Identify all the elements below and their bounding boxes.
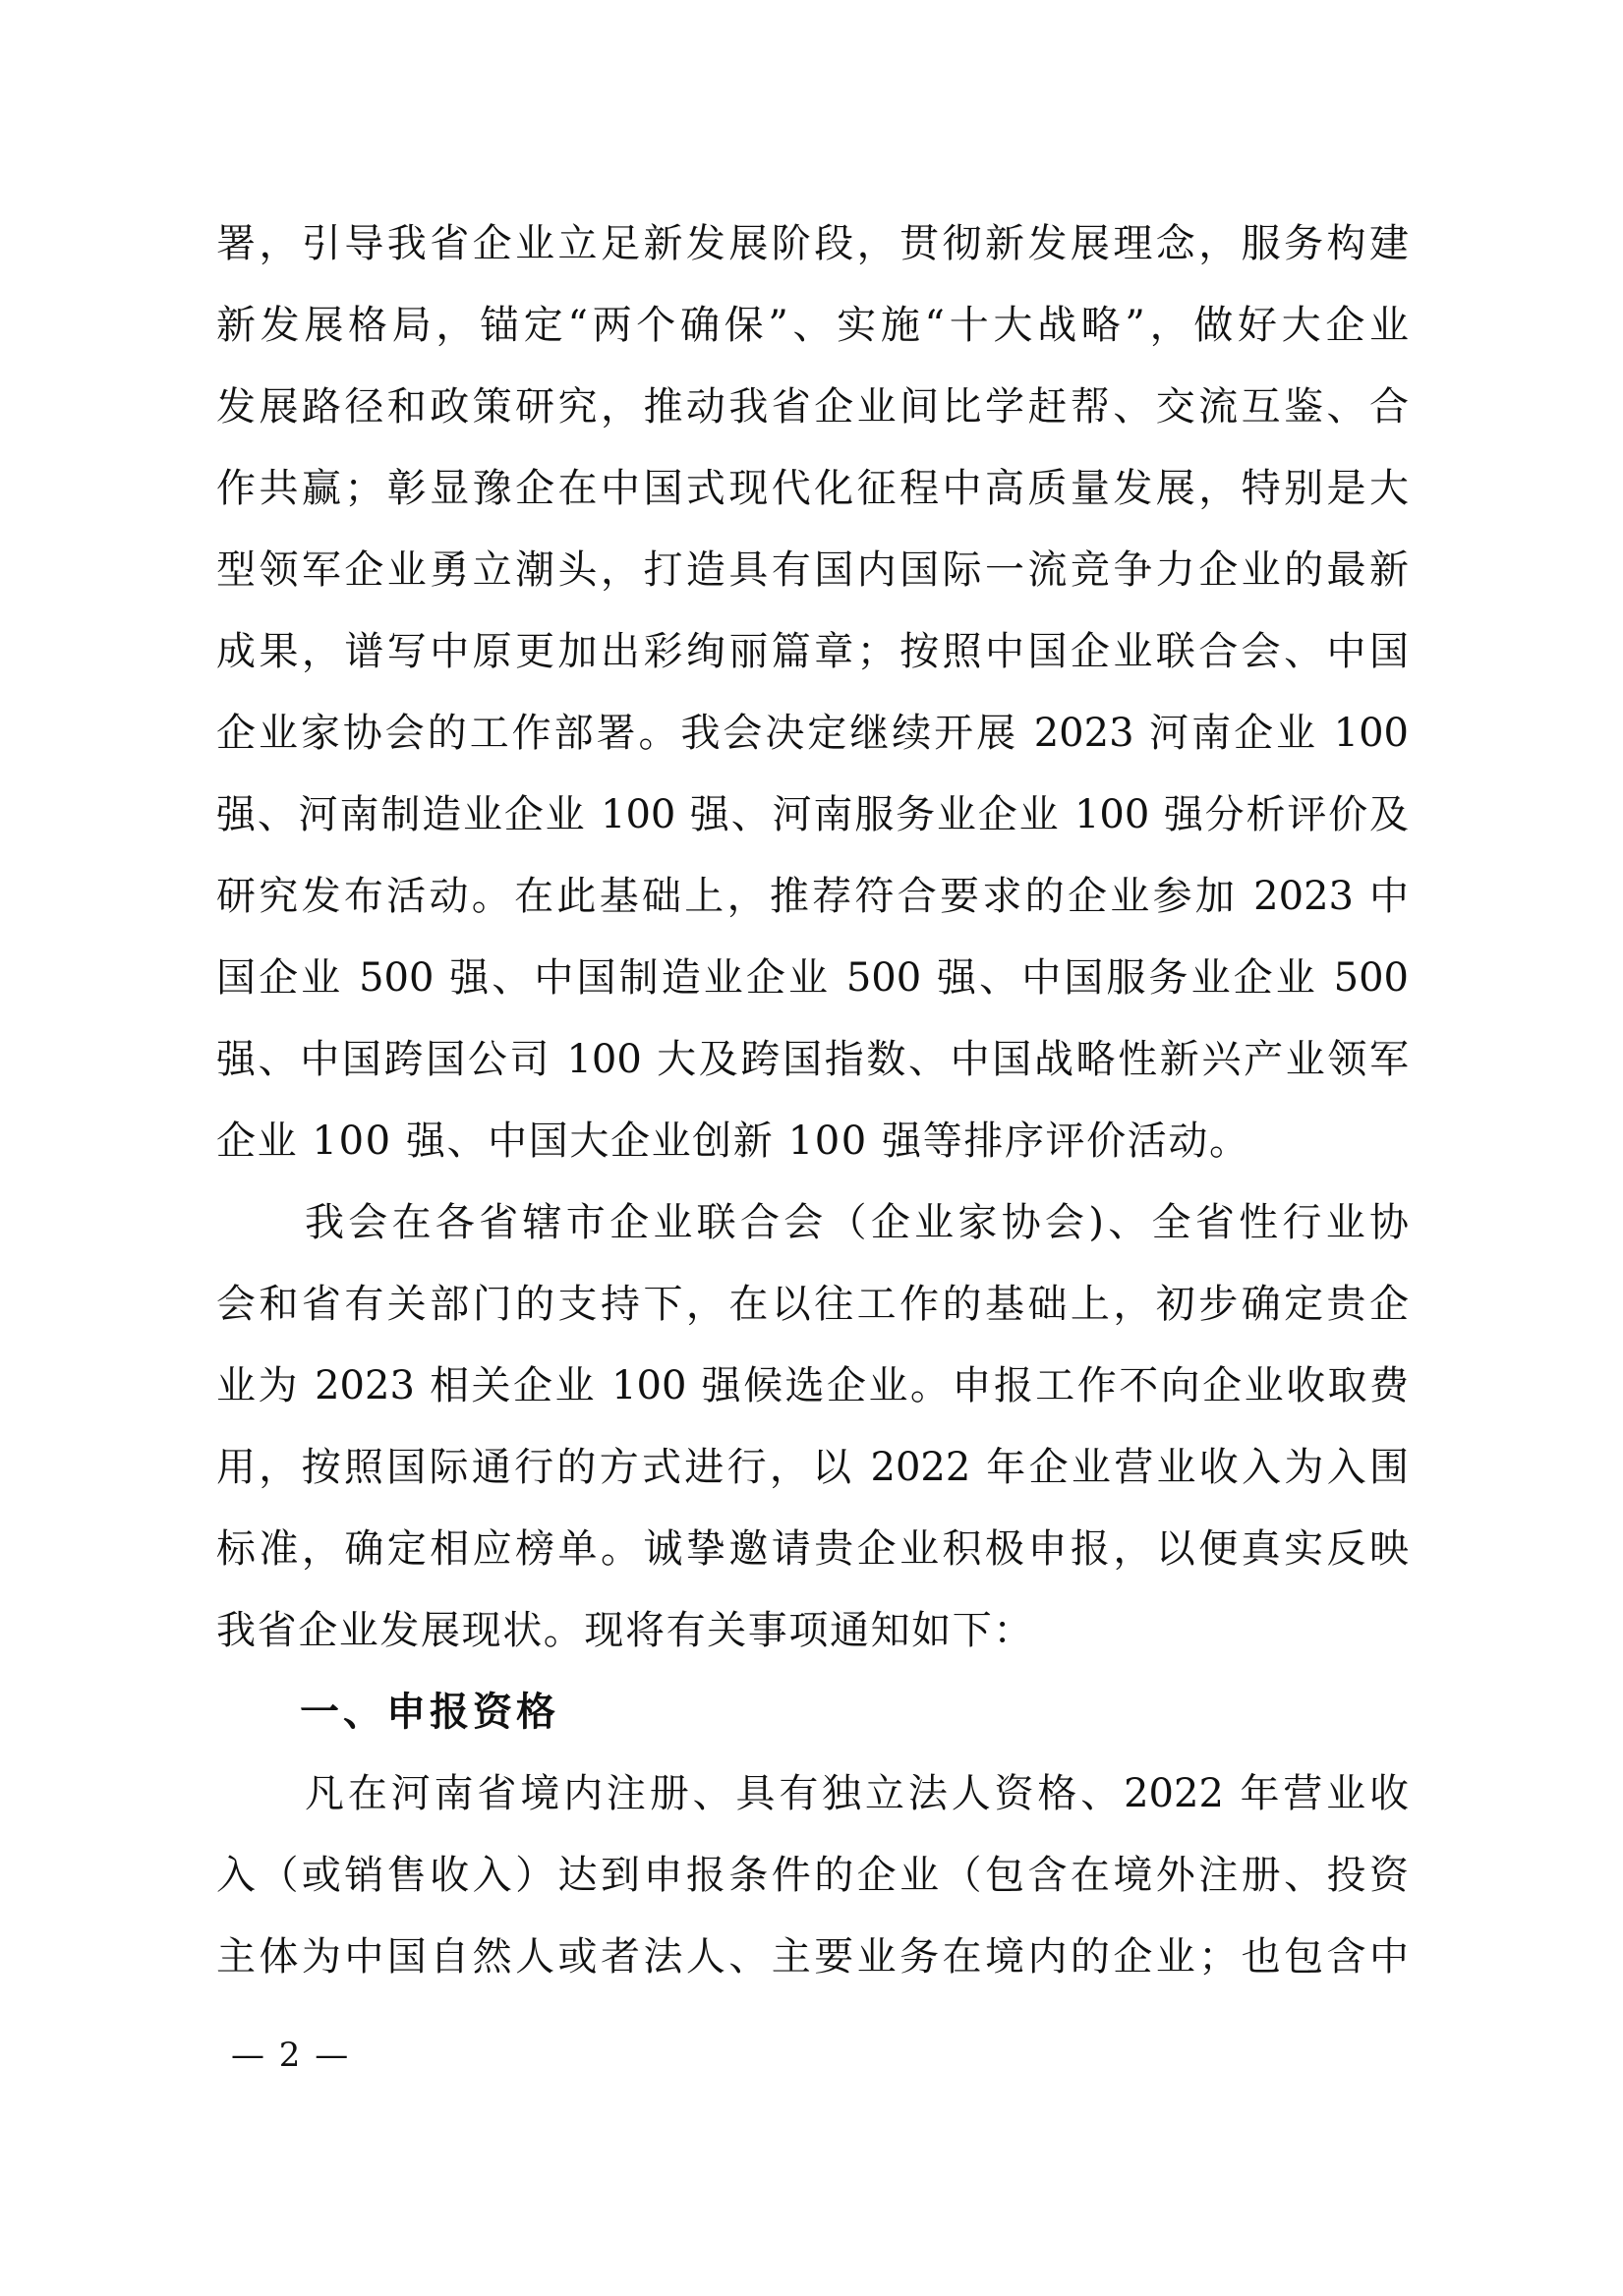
paragraph-line: 凡在河南省境内注册、具有独立法人资格、2022 年营业收: [305, 1773, 1409, 1855]
paragraph-line: 主体为中国自然人或者法人、主要业务在境内的企业；也包含中: [216, 1936, 1409, 2018]
paragraph-line: 会和省有关部门的支持下，在以往工作的基础上，初步确定贵企: [216, 1284, 1409, 1365]
paragraph-line: 入（或销售收入）达到申报条件的企业（包含在境外注册、投资: [216, 1855, 1409, 1936]
paragraph-line: 强、中国跨国公司 100 大及跨国指数、中国战略性新兴产业领军: [216, 1039, 1409, 1120]
paragraph-line: 标准，确定相应榜单。诚挚邀请贵企业积极申报，以便真实反映: [216, 1528, 1409, 1610]
paragraph-line: 企业 100 强、中国大企业创新 100 强等排序评价活动。: [216, 1120, 1409, 1202]
paragraph-line: 我省企业发展现状。现将有关事项通知如下：: [216, 1610, 1409, 1692]
paragraph-line: 作共赢；彰显豫企在中国式现代化征程中高质量发展，特别是大: [216, 468, 1409, 549]
paragraph-line: 发展路径和政策研究，推动我省企业间比学赶帮、交流互鉴、合: [216, 386, 1409, 468]
document-page: 署，引导我省企业立足新发展阶段，贯彻新发展理念，服务构建 新发展格局，锚定“两个…: [0, 0, 1623, 2296]
page-number: — 2 —: [231, 2035, 350, 2076]
paragraph-line: 企业家协会的工作部署。我会决定继续开展 2023 河南企业 100: [216, 713, 1409, 794]
paragraph-line: 新发展格局，锚定“两个确保”、实施“十大战略”，做好大企业: [216, 305, 1409, 386]
paragraph-line: 国企业 500 强、中国制造业企业 500 强、中国服务业企业 500: [216, 957, 1409, 1039]
section-heading: 一、申报资格: [300, 1692, 559, 1733]
paragraph-line: 研究发布活动。在此基础上，推荐符合要求的企业参加 2023 中: [216, 876, 1409, 957]
paragraph-line: 成果，谱写中原更加出彩绚丽篇章；按照中国企业联合会、中国: [216, 631, 1409, 713]
paragraph-line: 我会在各省辖市企业联合会（企业家协会)、全省性行业协: [305, 1202, 1409, 1284]
paragraph-line: 强、河南制造业企业 100 强、河南服务业企业 100 强分析评价及: [216, 794, 1409, 876]
paragraph-line: 型领军企业勇立潮头，打造具有国内国际一流竞争力企业的最新: [216, 549, 1409, 631]
paragraph-line: 业为 2023 相关企业 100 强候选企业。申报工作不向企业收取费: [216, 1365, 1409, 1447]
paragraph-line: 用，按照国际通行的方式进行，以 2022 年企业营业收入为入围: [216, 1447, 1409, 1528]
paragraph-line: 署，引导我省企业立足新发展阶段，贯彻新发展理念，服务构建: [216, 223, 1409, 305]
